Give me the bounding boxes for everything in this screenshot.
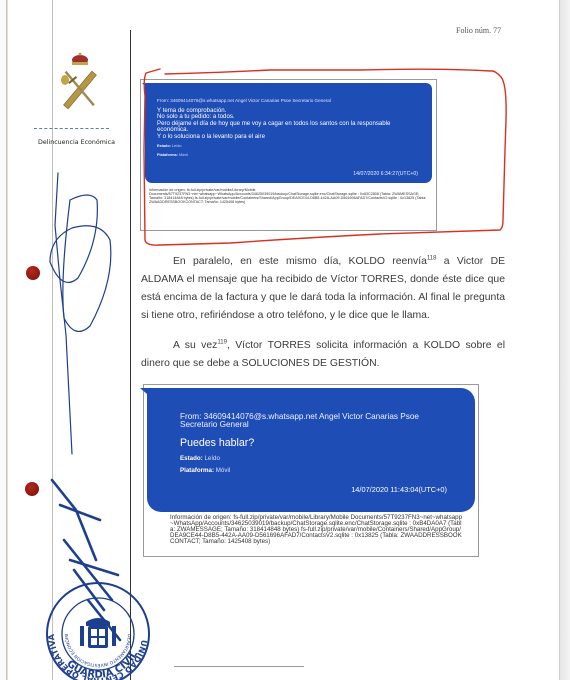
platform-value: Móvil	[216, 467, 230, 474]
message-sender: From: 34609414076@s.whatsapp.net Angel V…	[180, 413, 450, 429]
binding-dot-icon	[25, 482, 39, 496]
message-timestamp: 14/07/2020 11:43:04(UTC+0)	[351, 485, 447, 494]
message-sender: From: 34609414076@s.whatsapp.net Angel V…	[157, 98, 331, 103]
body-paragraph-2: A su vez119, Víctor TORRES solicita info…	[141, 337, 505, 373]
message-timestamp: 14/07/2020 6:34:27(UTC+0)	[353, 171, 418, 177]
footnote-ref-119[interactable]: 119	[217, 340, 227, 346]
message-line: Y o lo soluciona o la levanto para el ai…	[157, 134, 422, 140]
paragraph-text: A su vez	[173, 340, 217, 351]
message-line: Pero déjame el día de hoy que me voy a c…	[157, 121, 422, 127]
message-body: Y tema de comprobación. No solo a tu ped…	[157, 108, 422, 140]
status-value: Leído	[204, 455, 219, 462]
binding-dot-icon	[26, 266, 40, 280]
origin-info: Información de origen: fs-full.zip/priva…	[170, 515, 465, 545]
origin-info: Información de origen: fs-full.zip/priva…	[149, 188, 434, 204]
footnote-text-cutoff	[141, 676, 521, 680]
message-status: Estado: Leído	[180, 455, 220, 462]
platform-label: Plataforma:	[180, 467, 214, 474]
bubble-tail	[140, 388, 154, 400]
message-status: Estado: Leído	[157, 144, 182, 148]
message-bubble: From: 34609414076@s.whatsapp.net Angel V…	[145, 83, 432, 183]
body-paragraph-1: En paralelo, en este mismo día, KOLDO re…	[141, 253, 505, 325]
message-platform: Plataforma: Móvil	[157, 153, 188, 157]
whatsapp-message-1: From: 34609414076@s.whatsapp.net Angel V…	[140, 79, 437, 231]
folio-number: Folio núm. 77	[456, 26, 501, 35]
page-edge	[6, 0, 8, 680]
whatsapp-message-2: From: 34609414076@s.whatsapp.net Angel V…	[143, 384, 479, 557]
message-bubble: From: 34609414076@s.whatsapp.net Angel V…	[147, 388, 475, 512]
message-body: Puedes hablar?	[180, 437, 254, 449]
department-label: Delincuencia Económica	[38, 139, 115, 146]
bubble-tail	[142, 83, 147, 88]
platform-value: Móvil	[179, 153, 188, 157]
status-label: Estado:	[157, 144, 171, 148]
guardia-civil-seal-icon: UNIDAD CENTRAL OPERATIVA · POLICÍA JUDIC…	[44, 580, 152, 680]
message-platform: Plataforma: Móvil	[180, 467, 230, 474]
margin-line	[52, 0, 53, 680]
status-value: Leído	[172, 144, 182, 148]
scrollbar[interactable]	[559, 0, 570, 680]
footnote-separator	[174, 666, 304, 667]
guardia-civil-emblem-icon	[55, 50, 110, 116]
status-label: Estado:	[180, 455, 203, 462]
paragraph-text: En paralelo, en este mismo día, KOLDO re…	[173, 256, 427, 267]
platform-label: Plataforma:	[157, 153, 178, 157]
emblem-divider	[34, 128, 109, 129]
